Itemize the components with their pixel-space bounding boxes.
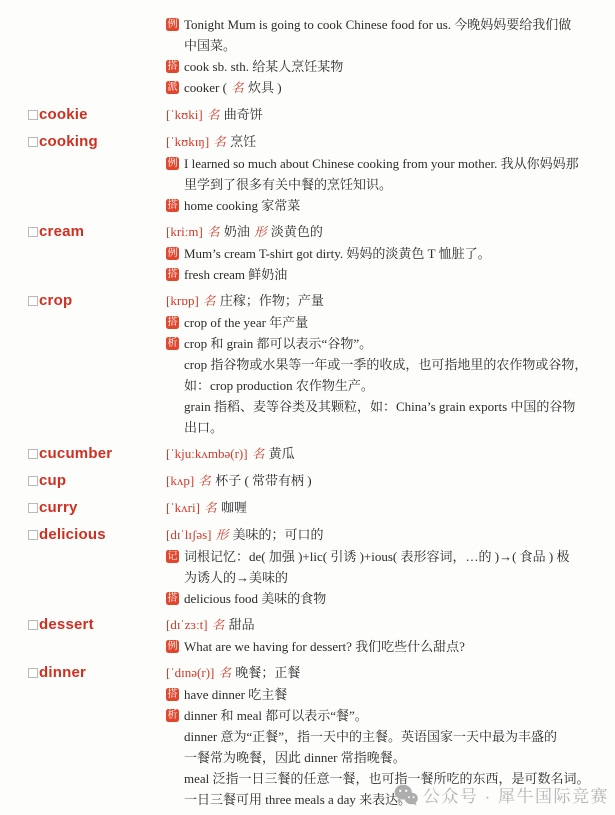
text-line: Tonight Mum is going to cook Chinese foo… xyxy=(184,14,597,35)
text-segment: 黄瓜 xyxy=(265,446,294,461)
definition-block: [ˈkʊki] 名 曲奇饼 xyxy=(166,104,597,126)
block-text: fresh cream 鲜奶油 xyxy=(184,264,597,285)
definition-column: [ˈkʊki] 名 曲奇饼 xyxy=(166,104,597,126)
word-checkbox xyxy=(28,449,38,459)
word-checkbox xyxy=(28,503,38,513)
definition-column: [dɪˈlɪʃəs] 形 美味的；可口的记词根记忆：de( 加强 )+lic( … xyxy=(166,524,597,609)
text-line: I learned so much about Chinese cooking … xyxy=(184,153,597,174)
headword: dinner xyxy=(39,662,86,683)
text-line: 一餐常为晚餐，因此 dinner 常指晚餐。 xyxy=(184,747,597,768)
phonetic: [ˈkʊki] xyxy=(166,107,206,122)
text-segment: 杯子 ( 常带有柄 ) xyxy=(212,473,312,488)
block-text: dinner 和 meal 都可以表示“餐”。dinner 意为“正餐”，指一天… xyxy=(184,705,597,810)
text-line: crop of the year 年产量 xyxy=(184,312,597,333)
vocabulary-page: 例Tonight Mum is going to cook Chinese fo… xyxy=(0,0,615,815)
part-of-speech: 名 xyxy=(206,225,221,239)
text-line: fresh cream 鲜奶油 xyxy=(184,264,597,285)
phonetic: [ˈkjuːkʌmbə(r)] xyxy=(166,446,251,461)
text-line: crop 和 grain 都可以表示“谷物”。 xyxy=(184,333,597,354)
word-column: cooking xyxy=(28,131,166,152)
example-tag-icon: 例 xyxy=(166,157,179,170)
definition-block: [kriːm] 名 奶油 形 淡黄色的 xyxy=(166,221,597,243)
text-line: 如：crop production 农作物生产。 xyxy=(184,375,597,396)
block-text: [ˈkʊki] 名 曲奇饼 xyxy=(166,104,597,126)
text-line: 为诱人的→美味的 xyxy=(184,567,597,588)
text-line: [ˈkʊki] 名 曲奇饼 xyxy=(166,104,597,126)
part-of-speech: 名 xyxy=(230,81,245,95)
word-column: curry xyxy=(28,497,166,518)
headword: dessert xyxy=(39,614,94,635)
block-text: [dɪˈzɜːt] 名 甜品 xyxy=(166,614,597,636)
text-segment: 为诱人的→美味的 xyxy=(184,570,288,585)
entry-row: cucumber[ˈkjuːkʌmbə(r)] 名 黄瓜 xyxy=(28,443,597,465)
block-text: 词根记忆：de( 加强 )+lic( 引诱 )+ious( 表形容词，…的 )→… xyxy=(184,546,597,588)
collocation-tag-icon: 搭 xyxy=(166,199,179,212)
block-text: [ˈdɪnə(r)] 名 晚餐；正餐 xyxy=(166,662,597,684)
phonetic: [ˈdɪnə(r)] xyxy=(166,665,218,680)
definition-block: [ˈkjuːkʌmbə(r)] 名 黄瓜 xyxy=(166,443,597,465)
example-tag-icon: 例 xyxy=(166,18,179,31)
collocation-tag-icon: 搭 xyxy=(166,60,179,73)
text-segment: 淡黄色的 xyxy=(268,224,323,239)
definition-column: [kriːm] 名 奶油 形 淡黄色的例Mum’s cream T-shirt … xyxy=(166,221,597,285)
part-of-speech: 名 xyxy=(251,447,266,461)
text-line: crop 指谷物或水果等一年或一季的收成，也可指地里的农作物或谷物， xyxy=(184,354,597,375)
text-segment: 庄稼；作物；产量 xyxy=(217,293,324,308)
text-line: have dinner 吃主餐 xyxy=(184,684,597,705)
entry-list: 例Tonight Mum is going to cook Chinese fo… xyxy=(28,14,597,810)
entry-row: 例Tonight Mum is going to cook Chinese fo… xyxy=(28,14,597,99)
example-block: 例I learned so much about Chinese cooking… xyxy=(166,153,597,195)
block-text: I learned so much about Chinese cooking … xyxy=(184,153,597,195)
word-checkbox xyxy=(28,227,38,237)
word-checkbox xyxy=(28,137,38,147)
example-tag-icon: 例 xyxy=(166,640,179,653)
text-line: [dɪˈzɜːt] 名 甜品 xyxy=(166,614,597,636)
part-of-speech: 名 xyxy=(212,135,227,149)
text-segment: crop 指谷物或水果等一年或一季的收成，也可指地里的农作物或谷物， xyxy=(184,357,587,372)
text-segment: 晚餐；正餐 xyxy=(232,665,300,680)
entry-row: cookie[ˈkʊki] 名 曲奇饼 xyxy=(28,104,597,126)
phonetic: [ˈkʊkɪŋ] xyxy=(166,134,212,149)
word-column: cream xyxy=(28,221,166,242)
text-segment: 中国菜。 xyxy=(184,38,236,53)
definition-column: 例Tonight Mum is going to cook Chinese fo… xyxy=(166,14,597,99)
word-column: dinner xyxy=(28,662,166,683)
text-segment: 咖喱 xyxy=(218,500,247,515)
example-block: 例What are we having for dessert? 我们吃些什么甜… xyxy=(166,636,597,657)
entry-row: dessert[dɪˈzɜːt] 名 甜品例What are we having… xyxy=(28,614,597,657)
collocation-tag-icon: 搭 xyxy=(166,688,179,701)
headword: cookie xyxy=(39,104,88,125)
text-line: 一日三餐可用 three meals a day 来表达。 xyxy=(184,789,597,810)
text-line: [kriːm] 名 奶油 形 淡黄色的 xyxy=(166,221,597,243)
part-of-speech: 名 xyxy=(203,501,218,515)
collocation-tag-icon: 搭 xyxy=(166,316,179,329)
collocation-block: 搭home cooking 家常菜 xyxy=(166,195,597,216)
text-line: 词根记忆：de( 加强 )+lic( 引诱 )+ious( 表形容词，…的 )→… xyxy=(184,546,597,567)
headword: curry xyxy=(39,497,78,518)
block-text: [kʌp] 名 杯子 ( 常带有柄 ) xyxy=(166,470,597,492)
mnemonic-block: 记词根记忆：de( 加强 )+lic( 引诱 )+ious( 表形容词，…的 )… xyxy=(166,546,597,588)
definition-column: [ˈkjuːkʌmbə(r)] 名 黄瓜 xyxy=(166,443,597,465)
text-segment: 甜品 xyxy=(225,617,254,632)
part-of-speech: 名 xyxy=(211,618,226,632)
text-line: [kʌp] 名 杯子 ( 常带有柄 ) xyxy=(166,470,597,492)
definition-block: [krɒp] 名 庄稼；作物；产量 xyxy=(166,290,597,312)
definition-block: [dɪˈzɜːt] 名 甜品 xyxy=(166,614,597,636)
text-line: delicious food 美味的食物 xyxy=(184,588,597,609)
entry-row: dinner[ˈdɪnə(r)] 名 晚餐；正餐搭have dinner 吃主餐… xyxy=(28,662,597,810)
definition-column: [ˈkʊkɪŋ] 名 烹饪例I learned so much about Ch… xyxy=(166,131,597,216)
block-text: crop 和 grain 都可以表示“谷物”。crop 指谷物或水果等一年或一季… xyxy=(184,333,597,438)
phonetic: [kriːm] xyxy=(166,224,206,239)
word-checkbox xyxy=(28,296,38,306)
phonetic: [kʌp] xyxy=(166,473,197,488)
text-segment: fresh cream 鲜奶油 xyxy=(184,267,287,282)
text-line: [ˈkʌri] 名 咖喱 xyxy=(166,497,597,519)
definition-block: [dɪˈlɪʃəs] 形 美味的；可口的 xyxy=(166,524,597,546)
part-of-speech: 形 xyxy=(215,528,230,542)
text-segment: 如：crop production 农作物生产。 xyxy=(184,378,374,393)
block-text: cooker ( 名 炊具 ) xyxy=(184,77,597,99)
word-checkbox xyxy=(28,530,38,540)
entry-row: crop[krɒp] 名 庄稼；作物；产量搭crop of the year 年… xyxy=(28,290,597,438)
block-text: crop of the year 年产量 xyxy=(184,312,597,333)
word-column: dessert xyxy=(28,614,166,635)
text-line: cook sb. sth. 给某人烹饪某物 xyxy=(184,56,597,77)
word-checkbox xyxy=(28,110,38,120)
text-segment: cook sb. sth. 给某人烹饪某物 xyxy=(184,59,343,74)
text-segment: crop of the year 年产量 xyxy=(184,315,308,330)
entry-row: curry[ˈkʌri] 名 咖喱 xyxy=(28,497,597,519)
block-text: [ˈkʌri] 名 咖喱 xyxy=(166,497,597,519)
headword: delicious xyxy=(39,524,106,545)
example-block: 例Mum’s cream T-shirt got dirty. 妈妈的淡黄色 T… xyxy=(166,243,597,264)
text-line: [ˈdɪnə(r)] 名 晚餐；正餐 xyxy=(166,662,597,684)
definition-column: [krɒp] 名 庄稼；作物；产量搭crop of the year 年产量析c… xyxy=(166,290,597,438)
headword: cup xyxy=(39,470,66,491)
text-line: meal 泛指一日三餐的任意一餐，也可指一餐所吃的东西，是可数名词。 xyxy=(184,768,597,789)
text-line: [ˈkjuːkʌmbə(r)] 名 黄瓜 xyxy=(166,443,597,465)
text-segment: 里学到了很多有关中餐的烹饪知识。 xyxy=(184,177,392,192)
part-of-speech: 名 xyxy=(202,294,217,308)
collocation-block: 搭crop of the year 年产量 xyxy=(166,312,597,333)
definition-block: [kʌp] 名 杯子 ( 常带有柄 ) xyxy=(166,470,597,492)
entry-row: cream[kriːm] 名 奶油 形 淡黄色的例Mum’s cream T-s… xyxy=(28,221,597,285)
text-segment: 奶油 xyxy=(221,224,254,239)
definition-block: [ˈkʊkɪŋ] 名 烹饪 xyxy=(166,131,597,153)
text-segment: 词根记忆：de( 加强 )+lic( 引诱 )+ious( 表形容词，…的 )→… xyxy=(184,549,569,564)
text-segment: 烹饪 xyxy=(227,134,256,149)
text-line: grain 指稻、麦等谷类及其颗粒，如：China’s grain export… xyxy=(184,396,597,417)
collocation-block: 搭delicious food 美味的食物 xyxy=(166,588,597,609)
part-of-speech: 名 xyxy=(218,666,233,680)
analysis-tag-icon: 析 xyxy=(166,337,179,350)
part-of-speech: 形 xyxy=(253,225,268,239)
text-segment: 美味的；可口的 xyxy=(229,527,323,542)
text-segment: dinner 和 meal 都可以表示“餐”。 xyxy=(184,708,368,723)
collocation-tag-icon: 搭 xyxy=(166,592,179,605)
text-segment: 曲奇饼 xyxy=(221,107,263,122)
text-segment: Mum’s cream T-shirt got dirty. 妈妈的淡黄色 T … xyxy=(184,246,491,261)
text-segment: meal 泛指一日三餐的任意一餐，也可指一餐所吃的东西，是可数名词。 xyxy=(184,771,590,786)
collocation-block: 搭fresh cream 鲜奶油 xyxy=(166,264,597,285)
text-segment: grain 指稻、麦等谷类及其颗粒，如：China’s grain export… xyxy=(184,399,575,414)
text-segment: have dinner 吃主餐 xyxy=(184,687,287,702)
example-tag-icon: 例 xyxy=(166,247,179,260)
part-of-speech: 名 xyxy=(197,474,212,488)
block-text: [dɪˈlɪʃəs] 形 美味的；可口的 xyxy=(166,524,597,546)
example-block: 例Tonight Mum is going to cook Chinese fo… xyxy=(166,14,597,56)
headword: cream xyxy=(39,221,84,242)
derivative-block: 派cooker ( 名 炊具 ) xyxy=(166,77,597,99)
text-line: [krɒp] 名 庄稼；作物；产量 xyxy=(166,290,597,312)
definition-column: [ˈkʌri] 名 咖喱 xyxy=(166,497,597,519)
definition-column: [ˈdɪnə(r)] 名 晚餐；正餐搭have dinner 吃主餐析dinne… xyxy=(166,662,597,810)
analysis-tag-icon: 析 xyxy=(166,709,179,722)
collocation-block: 搭cook sb. sth. 给某人烹饪某物 xyxy=(166,56,597,77)
collocation-tag-icon: 搭 xyxy=(166,268,179,281)
phonetic: [dɪˈzɜːt] xyxy=(166,617,211,632)
text-line: Mum’s cream T-shirt got dirty. 妈妈的淡黄色 T … xyxy=(184,243,597,264)
text-segment: What are we having for dessert? 我们吃些什么甜点… xyxy=(184,639,465,654)
text-segment: delicious food 美味的食物 xyxy=(184,591,326,606)
definition-column: [kʌp] 名 杯子 ( 常带有柄 ) xyxy=(166,470,597,492)
text-segment: 出口。 xyxy=(184,420,223,435)
phonetic: [dɪˈlɪʃəs] xyxy=(166,527,215,542)
text-line: 里学到了很多有关中餐的烹饪知识。 xyxy=(184,174,597,195)
derivative-tag-icon: 派 xyxy=(166,81,179,94)
block-text: home cooking 家常菜 xyxy=(184,195,597,216)
block-text: have dinner 吃主餐 xyxy=(184,684,597,705)
text-line: What are we having for dessert? 我们吃些什么甜点… xyxy=(184,636,597,657)
headword: cooking xyxy=(39,131,98,152)
entry-row: delicious[dɪˈlɪʃəs] 形 美味的；可口的记词根记忆：de( 加… xyxy=(28,524,597,609)
headword: cucumber xyxy=(39,443,112,464)
word-column: delicious xyxy=(28,524,166,545)
text-line: [ˈkʊkɪŋ] 名 烹饪 xyxy=(166,131,597,153)
definition-column: [dɪˈzɜːt] 名 甜品例What are we having for de… xyxy=(166,614,597,657)
collocation-block: 搭have dinner 吃主餐 xyxy=(166,684,597,705)
text-line: [dɪˈlɪʃəs] 形 美味的；可口的 xyxy=(166,524,597,546)
word-checkbox xyxy=(28,668,38,678)
definition-block: [ˈkʌri] 名 咖喱 xyxy=(166,497,597,519)
text-line: dinner 和 meal 都可以表示“餐”。 xyxy=(184,705,597,726)
text-line: cooker ( 名 炊具 ) xyxy=(184,77,597,99)
definition-block: [ˈdɪnə(r)] 名 晚餐；正餐 xyxy=(166,662,597,684)
block-text: [kriːm] 名 奶油 形 淡黄色的 xyxy=(166,221,597,243)
text-segment: home cooking 家常菜 xyxy=(184,198,300,213)
text-segment: 一日三餐可用 three meals a day 来表达。 xyxy=(184,792,411,807)
word-column: crop xyxy=(28,290,166,311)
block-text: [ˈkʊkɪŋ] 名 烹饪 xyxy=(166,131,597,153)
text-line: 出口。 xyxy=(184,417,597,438)
word-column: cucumber xyxy=(28,443,166,464)
text-segment: Tonight Mum is going to cook Chinese foo… xyxy=(184,17,571,32)
text-line: home cooking 家常菜 xyxy=(184,195,597,216)
phonetic: [ˈkʌri] xyxy=(166,500,203,515)
headword: crop xyxy=(39,290,72,311)
text-line: dinner 意为“正餐”，指一天中的主餐。英语国家一天中最为丰盛的 xyxy=(184,726,597,747)
part-of-speech: 名 xyxy=(206,108,221,122)
word-column: cup xyxy=(28,470,166,491)
analysis-block: 析crop 和 grain 都可以表示“谷物”。crop 指谷物或水果等一年或一… xyxy=(166,333,597,438)
word-checkbox xyxy=(28,476,38,486)
phonetic: [krɒp] xyxy=(166,293,202,308)
block-text: Mum’s cream T-shirt got dirty. 妈妈的淡黄色 T … xyxy=(184,243,597,264)
entry-row: cup[kʌp] 名 杯子 ( 常带有柄 ) xyxy=(28,470,597,492)
text-segment: I learned so much about Chinese cooking … xyxy=(184,156,579,171)
block-text: What are we having for dessert? 我们吃些什么甜点… xyxy=(184,636,597,657)
text-segment: 炊具 ) xyxy=(245,80,282,95)
text-line: 中国菜。 xyxy=(184,35,597,56)
text-segment: 一餐常为晚餐，因此 dinner 常指晚餐。 xyxy=(184,750,406,765)
block-text: delicious food 美味的食物 xyxy=(184,588,597,609)
block-text: Tonight Mum is going to cook Chinese foo… xyxy=(184,14,597,56)
mnemonic-tag-icon: 记 xyxy=(166,550,179,563)
text-segment: cooker ( xyxy=(184,80,230,95)
block-text: [ˈkjuːkʌmbə(r)] 名 黄瓜 xyxy=(166,443,597,465)
block-text: [krɒp] 名 庄稼；作物；产量 xyxy=(166,290,597,312)
word-column: cookie xyxy=(28,104,166,125)
word-checkbox xyxy=(28,620,38,630)
analysis-block: 析dinner 和 meal 都可以表示“餐”。dinner 意为“正餐”，指一… xyxy=(166,705,597,810)
text-segment: crop 和 grain 都可以表示“谷物”。 xyxy=(184,336,372,351)
block-text: cook sb. sth. 给某人烹饪某物 xyxy=(184,56,597,77)
entry-row: cooking[ˈkʊkɪŋ] 名 烹饪例I learned so much a… xyxy=(28,131,597,216)
text-segment: dinner 意为“正餐”，指一天中的主餐。英语国家一天中最为丰盛的 xyxy=(184,729,557,744)
